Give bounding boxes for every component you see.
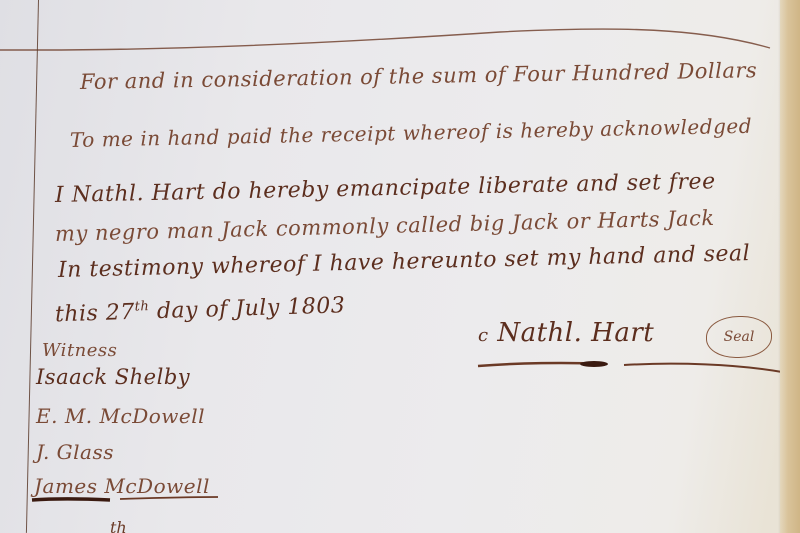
date-suffix: day of July 1803 (156, 293, 345, 324)
witness-name: J. Glass (36, 440, 114, 464)
seal-mark: Seal (706, 316, 772, 358)
date-ordinal: th (134, 299, 149, 314)
witness-label: Witness (42, 340, 117, 361)
signature-name: Nathl. Hart (497, 318, 654, 348)
witness-name: E. M. McDowell (36, 404, 205, 428)
signature-prefix: c (478, 325, 489, 346)
deed-line-5: In testimony whereof I have hereunto set… (58, 241, 751, 283)
deed-line-2: To me in hand paid the receipt whereof i… (70, 114, 752, 152)
signature-underline-flourish (476, 358, 786, 374)
witness-underline-flourish (30, 494, 220, 506)
document-page: For and in consideration of the sum of F… (0, 0, 800, 533)
signature: c Nathl. Hart (478, 318, 654, 348)
deed-date-line: this 27th day of July 1803 (55, 293, 346, 327)
next-entry-fragment: th (110, 518, 127, 533)
deed-line-4: my negro man Jack commonly called big Ja… (55, 206, 715, 246)
witness-name: Isaack Shelby (36, 365, 190, 389)
book-binding-edge (780, 0, 800, 533)
deed-line-3: I Nathl. Hart do hereby emancipate liber… (55, 169, 716, 208)
date-prefix: this 27 (55, 300, 136, 327)
